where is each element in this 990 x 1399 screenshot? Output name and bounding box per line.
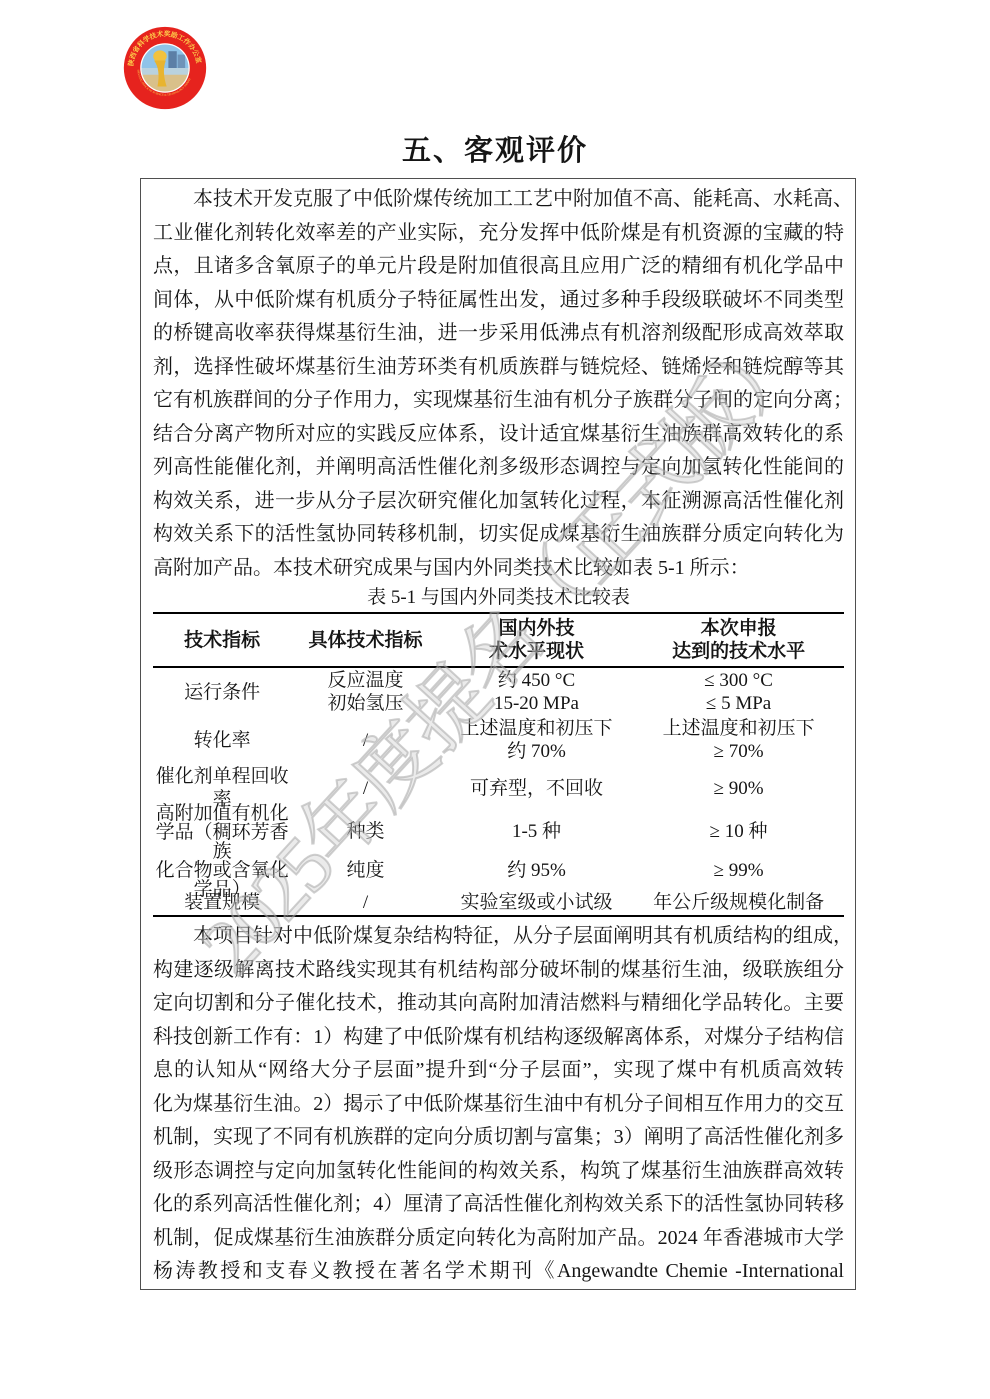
table-cell: 纯度 — [291, 851, 440, 890]
paragraph-line: 它有机族群间的分子作用力，实现煤基衍生油有机分子族群分子间的定向分离； — [153, 384, 844, 418]
table-cell: 种类 — [291, 812, 440, 851]
header-line: 术水平现状 — [489, 640, 584, 663]
section-title: 五、客观评价 — [0, 128, 990, 169]
paragraph-line: 工业催化剂转化效率差的产业实际，充分发挥中低阶煤是有机资源的宝藏的特 — [153, 217, 844, 251]
document-page: 陕西省科学技术奖励工作办公室 SHAANXI OFFICE OF SCIENCE… — [0, 0, 990, 1399]
table-header-cell: 本次申报 达到的技术水平 — [633, 614, 844, 668]
seal-photo — [141, 44, 188, 91]
table-cell: 约 450 °C 15-20 MPa — [440, 668, 633, 716]
org-seal-logo: 陕西省科学技术奖励工作办公室 SHAANXI OFFICE OF SCIENCE… — [123, 26, 207, 110]
paragraph-line: 高附加产品。本技术研究成果与国内外同类技术比较如表 5-1 所示： — [153, 552, 844, 586]
paragraph-line: 构效关系，进一步从分子层次研究催化加氢转化过程，本征溯源高活性催化剂 — [153, 485, 844, 519]
table-cell: 运行条件 — [153, 668, 291, 716]
header-line: 达到的技术水平 — [672, 640, 805, 663]
paragraph-line: 化为煤基衍生油。2）揭示了中低阶煤基衍生油中有机分子间相互作用力的交互 — [153, 1088, 844, 1122]
paragraph-line: 点，且诸多含氧原子的单元片段是附加值很高且应用广泛的精细有机化学品中 — [153, 250, 844, 284]
cell-line: ≤ 5 MPa — [706, 692, 771, 715]
table-cell: 反应温度 初始氢压 — [291, 668, 440, 716]
paragraph-line: 本项目针对中低阶煤复杂结构特征，从分子层面阐明其有机质结构的组成， — [153, 920, 844, 954]
table-cell: ≥ 99% — [633, 851, 844, 890]
cell-line: ≤ 300 °C — [704, 669, 773, 692]
paragraph-line: 列高性能催化剂，并阐明高活性催化剂多级形态调控与定向加氢转化性能间的 — [153, 451, 844, 485]
paragraph-line: 剂，选择性破坏煤基衍生油芳环类有机质族群与链烷烃、链烯烃和链烷醇等其 — [153, 351, 844, 385]
paragraph-line: 结合分离产物所对应的实践反应体系，设计适宜煤基衍生油族群高效转化的系 — [153, 418, 844, 452]
paragraph-line: 息的认知从“网络大分子层面”提升到“分子层面”，实现了煤中有机质高效转 — [153, 1054, 844, 1088]
table-cell: ≥ 10 种 — [633, 812, 844, 851]
cell-line: 催化剂单程回收 — [156, 765, 289, 788]
paragraph-line: 机制，实现了不同有机族群的定向分质切割与富集；3）阐明了高活性催化剂多 — [153, 1121, 844, 1155]
table-header-cell: 技术指标 — [153, 614, 291, 668]
paragraph-line: 本技术开发克服了中低阶煤传统加工工艺中附加值不高、能耗高、水耗高、 — [153, 183, 844, 217]
table-cell: 上述温度和初压下 ≥ 70% — [633, 716, 844, 764]
paragraph-line: 定向切割和分子催化技术，推动其向高附加清洁燃料与精细化学品转化。主要 — [153, 987, 844, 1021]
paragraph-line: 级形态调控与定向加氢转化性能间的构效关系，构筑了煤基衍生油族群高效转 — [153, 1155, 844, 1189]
table-caption: 表 5-1 与国内外同类技术比较表 — [153, 586, 844, 610]
paragraph-2: 本项目针对中低阶煤复杂结构特征，从分子层面阐明其有机质结构的组成， 构建逐级解离… — [153, 920, 844, 1289]
table-cell: 实验室级或小试级 — [440, 890, 633, 915]
seal-icon: 陕西省科学技术奖励工作办公室 SHAANXI OFFICE OF SCIENCE… — [123, 26, 207, 110]
cell-line: 上述温度和初压下 — [663, 717, 815, 740]
table-cell: 约 95% — [440, 851, 633, 890]
cell-line: ≥ 70% — [714, 740, 764, 763]
header-line: 国内外技 — [498, 617, 574, 640]
paragraph-line: 机制，促成煤基衍生油族群分质定向转化为高附加产品。2024 年香港城市大学 — [153, 1222, 844, 1256]
paragraph-line: 间体，从中低阶煤有机质分子特征属性出发，通过多种手段级联破坏不同类型 — [153, 284, 844, 318]
table-header-cell: 具体技术指标 — [291, 614, 440, 668]
table-cell: / — [291, 764, 440, 812]
table-cell: 可弃型，不回收 — [440, 764, 633, 812]
paragraph-line: 杨涛教授和支春义教授在著名学术期刊《Angewandte Chemie -Int… — [153, 1255, 844, 1289]
cell-line: 初始氢压 — [327, 692, 403, 715]
cell-line: 上述温度和初压下 — [460, 717, 612, 740]
table-cell: ≥ 90% — [633, 764, 844, 812]
table-cell: 装置规模 — [153, 890, 291, 915]
table-cell: / — [291, 716, 440, 764]
cell-line: 15-20 MPa — [494, 692, 579, 715]
cell-line: 约 450 °C — [498, 669, 575, 692]
table-cell: 年公斤级规模化制备 — [633, 890, 844, 915]
header-line: 本次申报 — [701, 617, 777, 640]
comparison-table: 技术指标 具体技术指标 国内外技 术水平现状 本次申报 达到的技术水平 运行条件… — [153, 612, 844, 917]
table-cell: 1-5 种 — [440, 812, 633, 851]
table-cell: 高附加值有机化 学品（稠环芳香族 化合物或含氧化 学品） — [153, 812, 291, 890]
table-cell: / — [291, 890, 440, 915]
paragraph-line: 构建逐级解离技术路线实现其有机结构部分破坏制的煤基衍生油，级联族组分 — [153, 954, 844, 988]
cell-line: 约 70% — [507, 740, 566, 763]
table-header-cell: 国内外技 术水平现状 — [440, 614, 633, 668]
paragraph-line: 构效关系下的活性氢协同转移机制，切实促成煤基衍生油族群分质定向转化为 — [153, 518, 844, 552]
cell-line: 反应温度 — [327, 669, 403, 692]
cell-line: 高附加值有机化 — [156, 804, 289, 823]
table-cell: ≤ 300 °C ≤ 5 MPa — [633, 668, 844, 716]
paragraph-line: 科技创新工作有：1）构建了中低阶煤有机结构逐级解离体系，对煤分子结构信 — [153, 1021, 844, 1055]
paragraph-line: 的桥键高收率获得煤基衍生油，进一步采用低沸点有机溶剂级配形成高效萃取 — [153, 317, 844, 351]
table-cell: 上述温度和初压下 约 70% — [440, 716, 633, 764]
table-cell: 转化率 — [153, 716, 291, 764]
paragraph-line: 化的系列高活性催化剂；4）厘清了高活性催化剂构效关系下的活性氢协同转移 — [153, 1188, 844, 1222]
content-box: 本技术开发克服了中低阶煤传统加工工艺中附加值不高、能耗高、水耗高、 工业催化剂转… — [140, 178, 856, 1290]
cell-line: 化合物或含氧化 — [156, 861, 289, 880]
cell-line: 学品（稠环芳香族 — [153, 823, 291, 861]
paragraph-1: 本技术开发克服了中低阶煤传统加工工艺中附加值不高、能耗高、水耗高、 工业催化剂转… — [153, 183, 844, 585]
